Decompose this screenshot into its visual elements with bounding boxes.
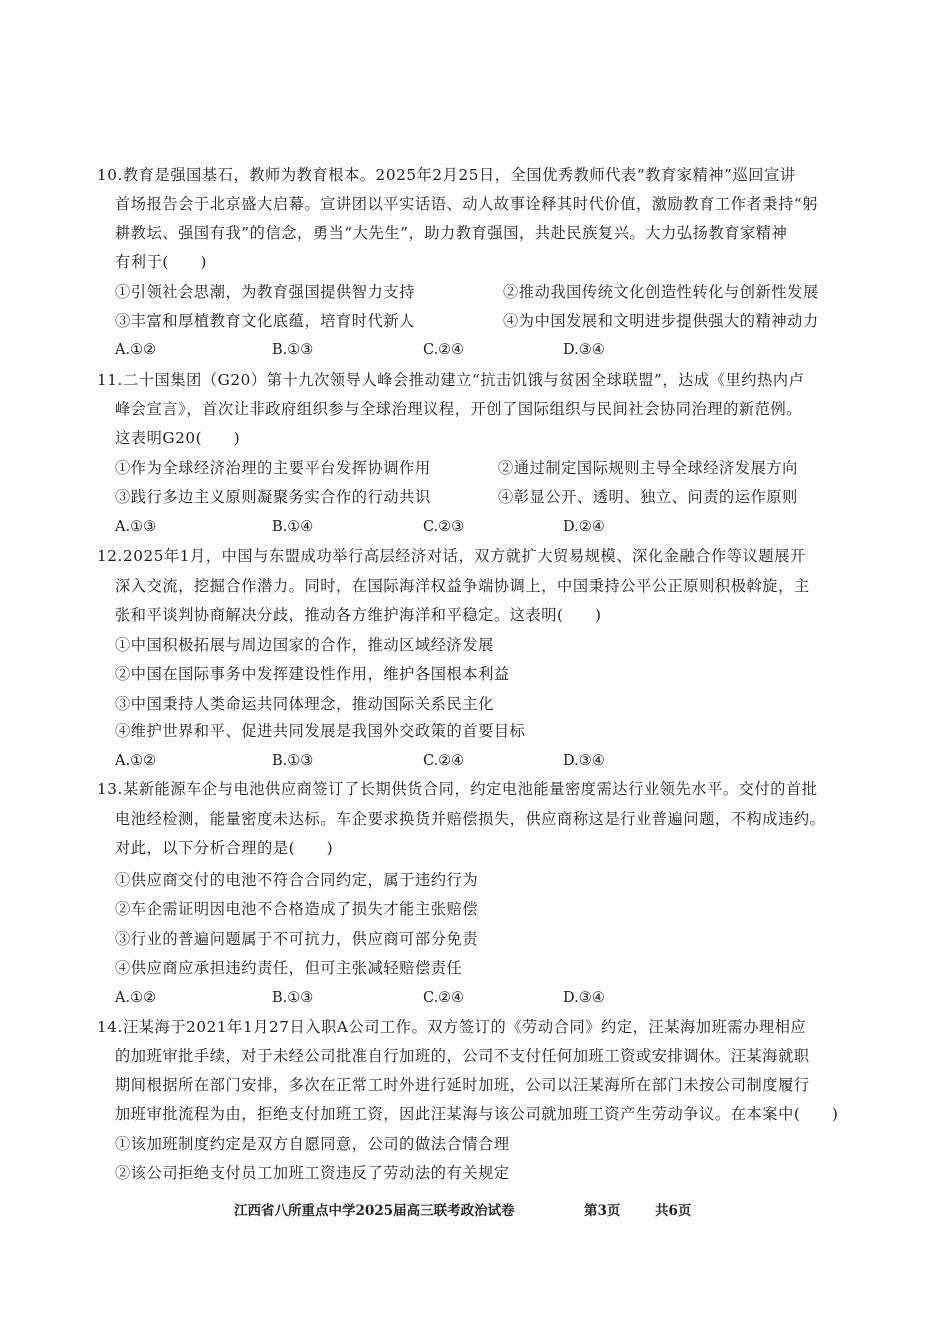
question-stem-line: 这表明G20( ): [115, 428, 240, 448]
option-statement: ①该加班制度约定是双方自愿同意，公司的做法合情合理: [115, 1134, 510, 1154]
choice-a: A.①②: [115, 988, 156, 1008]
choice-d: D.③④: [563, 751, 605, 771]
choice-c: C.②④: [423, 751, 464, 771]
choice-b: B.①③: [272, 751, 313, 771]
page-number: 第3页: [584, 1201, 620, 1221]
choice-d: D.②④: [563, 517, 605, 537]
option-statement: ②车企需证明因电池不合格造成了损失才能主张赔偿: [115, 899, 478, 919]
option-statement: ③中国秉持人类命运共同体理念，推动国际关系民主化: [115, 694, 494, 714]
exam-page: 10.教育是强国基石，教师为教育根本。2025年2月25日，全国优秀教师代表“教…: [0, 0, 950, 1343]
question-stem-line: 期间根据所在部门安排，多次在正常工时外进行延时加班，公司以汪某海所在部门未按公司…: [115, 1075, 810, 1095]
question-stem-line: 14.汪某海于2021年1月27日入职A公司工作。双方签订的《劳动合同》约定，汪…: [97, 1017, 806, 1037]
question-stem-line: 10.教育是强国基石，教师为教育根本。2025年2月25日，全国优秀教师代表“教…: [97, 165, 796, 185]
question-stem-line: 峰会宣言》，首次让非政府组织参与全球治理议程，开创了国际组织与民间社会协同治理的…: [115, 399, 802, 419]
option-statement: ②中国在国际事务中发挥建设性作用，维护各国根本利益: [115, 664, 510, 684]
question-stem-line: 耕教坛、强国有我”的信念，勇当“大先生”，助力教育强国，共赴民族复兴。大力弘扬教…: [115, 223, 787, 243]
option-statement: ①供应商交付的电池不符合合同约定，属于违约行为: [115, 870, 478, 890]
page-total: 共6页: [655, 1201, 691, 1221]
choice-d: D.③④: [563, 340, 605, 360]
choice-c: C.②③: [423, 517, 464, 537]
exam-title: 江西省八所重点中学2025届高三联考政治试卷: [234, 1201, 515, 1221]
choice-a: A.①②: [115, 751, 156, 771]
option-statement: ④为中国发展和文明进步提供强大的精神动力: [503, 311, 819, 331]
choice-a: A.①②: [115, 340, 156, 360]
question-stem-line: 12.2025年1月，中国与东盟成功举行高层经济对话，双方就扩大贸易规模、深化金…: [97, 546, 806, 566]
question-stem-line: 首场报告会于北京盛大启幕。宣讲团以平实话语、动人故事诠释其时代价值，激励教育工作…: [115, 194, 818, 214]
option-statement: ③践行多边主义原则凝聚务实合作的行动共识: [115, 487, 431, 507]
question-stem-line: 的加班审批手续，对于未经公司批准自行加班的，公司不支付任何加班工资或安排调休。汪…: [115, 1046, 810, 1066]
choice-d: D.③④: [563, 988, 605, 1008]
option-statement: ④维护世界和平、促进共同发展是我国外交政策的首要目标: [115, 721, 525, 741]
question-stem-line: 电池经检测，能量密度未达标。车企要求换货并赔偿损失，供应商称这是行业普遍问题，不…: [115, 809, 825, 829]
option-statement: ③行业的普遍问题属于不可抗力，供应商可部分免责: [115, 929, 478, 949]
choice-a: A.①③: [115, 517, 156, 537]
question-stem-line: 对此，以下分析合理的是( ): [115, 838, 333, 858]
option-statement: ③丰富和厚植教育文化底蕴，培育时代新人: [115, 311, 415, 331]
question-stem-line: 13.某新能源车企与电池供应商签订了长期供货合同，约定电池能量密度需达行业领先水…: [97, 779, 818, 799]
option-statement: ①引领社会思潮，为教育强国提供智力支持: [115, 282, 415, 302]
option-statement: ②该公司拒绝支付员工加班工资违反了劳动法的有关规定: [115, 1163, 510, 1183]
question-stem-line: 张和平谈判协商解决分歧，推动各方维护海洋和平稳定。这表明( ): [115, 605, 602, 625]
choice-b: B.①③: [272, 988, 313, 1008]
option-statement: ④彰显公开、透明、独立、问责的运作原则: [498, 487, 798, 507]
question-stem-line: 深入交流，挖掘合作潜力。同时，在国际海洋权益争端协调上，中国秉持公平公正原则积极…: [115, 576, 810, 596]
question-stem-line: 11.二十国集团（G20）第十九次领导人峰会推动建立“抗击饥饿与贫困全球联盟”，…: [97, 370, 804, 390]
option-statement: ②推动我国传统文化创造性转化与创新性发展: [503, 282, 819, 302]
option-statement: ①中国积极拓展与周边国家的合作，推动区域经济发展: [115, 635, 494, 655]
question-stem-line: 有利于( ): [115, 252, 207, 272]
choice-c: C.②④: [423, 340, 464, 360]
option-statement: ①作为全球经济治理的主要平台发挥协调作用: [115, 458, 431, 478]
choice-b: B.①④: [272, 517, 313, 537]
choice-b: B.①③: [272, 340, 313, 360]
choice-c: C.②④: [423, 988, 464, 1008]
option-statement: ④供应商应承担违约责任，但可主张减轻赔偿责任: [115, 958, 462, 978]
question-stem-line: 加班审批流程为由，拒绝支付加班工资，因此汪某海与该公司就加班工资产生劳动争议。在…: [115, 1104, 839, 1124]
option-statement: ②通过制定国际规则主导全球经济发展方向: [498, 458, 798, 478]
